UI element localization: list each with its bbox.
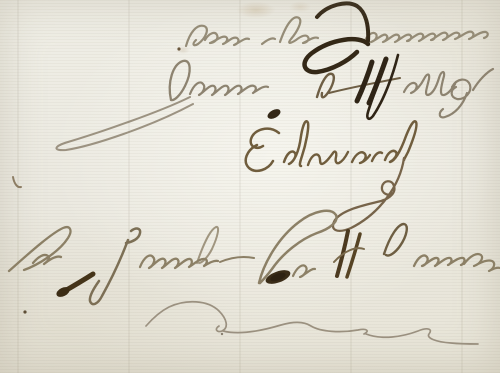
scan-vignette: [0, 0, 500, 373]
letter-scan: Dear Sir James Yours faithfully: [0, 0, 500, 373]
